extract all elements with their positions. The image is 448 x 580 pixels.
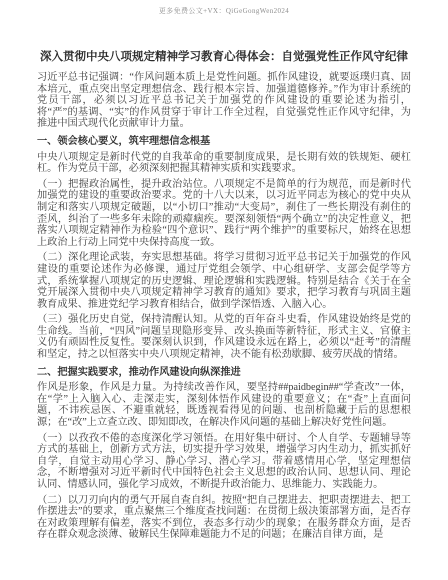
- section-heading: 一、领会核心要义，筑牢理想信念根基: [37, 136, 411, 148]
- section-heading: 二、把握实践要求，推动作风建设向纵深推进: [37, 367, 411, 379]
- body-paragraph: （二）以刀刃向内的勇气开展自查自纠。按照“把自己摆进去、把职责摆进去、把工作摆进…: [37, 495, 411, 541]
- body-paragraph: （一）以孜孜不倦的态度深化学习领悟。在用好集中研讨、个人自学、专题辅导等方式的基…: [37, 433, 411, 491]
- document-title: 深入贯彻中央八项规定精神学习教育心得体会：自觉强党性正作风守纪律: [37, 50, 411, 64]
- body-paragraph: 作风是形象，作风是力量。为持续改善作风，要坚持##paidbegin##“学查改…: [37, 382, 411, 428]
- body-paragraph: （二）深化理论武装，夯实思想基础。将学习贯彻习近平总书记关于加强党的作风建设的重…: [37, 252, 411, 310]
- document-page: 更多免费公文+VX：QiGeGongWen2024 深入贯彻中央八项规定精神学习…: [0, 0, 448, 580]
- body-paragraph: 习近平总书记强调：“作风问题本质上是党性问题。抓作风建设，就要返璞归真、固本培元…: [37, 72, 411, 130]
- body-paragraph: 中央八项规定是新时代党的自我革命的重要制度成果，是长期有效的铁规矩、硬杠杠。作为…: [37, 152, 411, 175]
- body-paragraph: （一）把握政治属性，提升政治站位。八项规定不是简单的行为规范，而是新时代加强党的…: [37, 179, 411, 249]
- document-content: 深入贯彻中央八项规定精神学习教育心得体会：自觉强党性正作风守纪律 习近平总书记强…: [0, 50, 448, 541]
- watermark-text: 更多免费公文+VX：QiGeGongWen2024: [0, 0, 448, 16]
- body-paragraph: （三）强化历史自觉，保持清醒认知。从党的百年奋斗史看，作风建设始终是党的生命线。…: [37, 314, 411, 360]
